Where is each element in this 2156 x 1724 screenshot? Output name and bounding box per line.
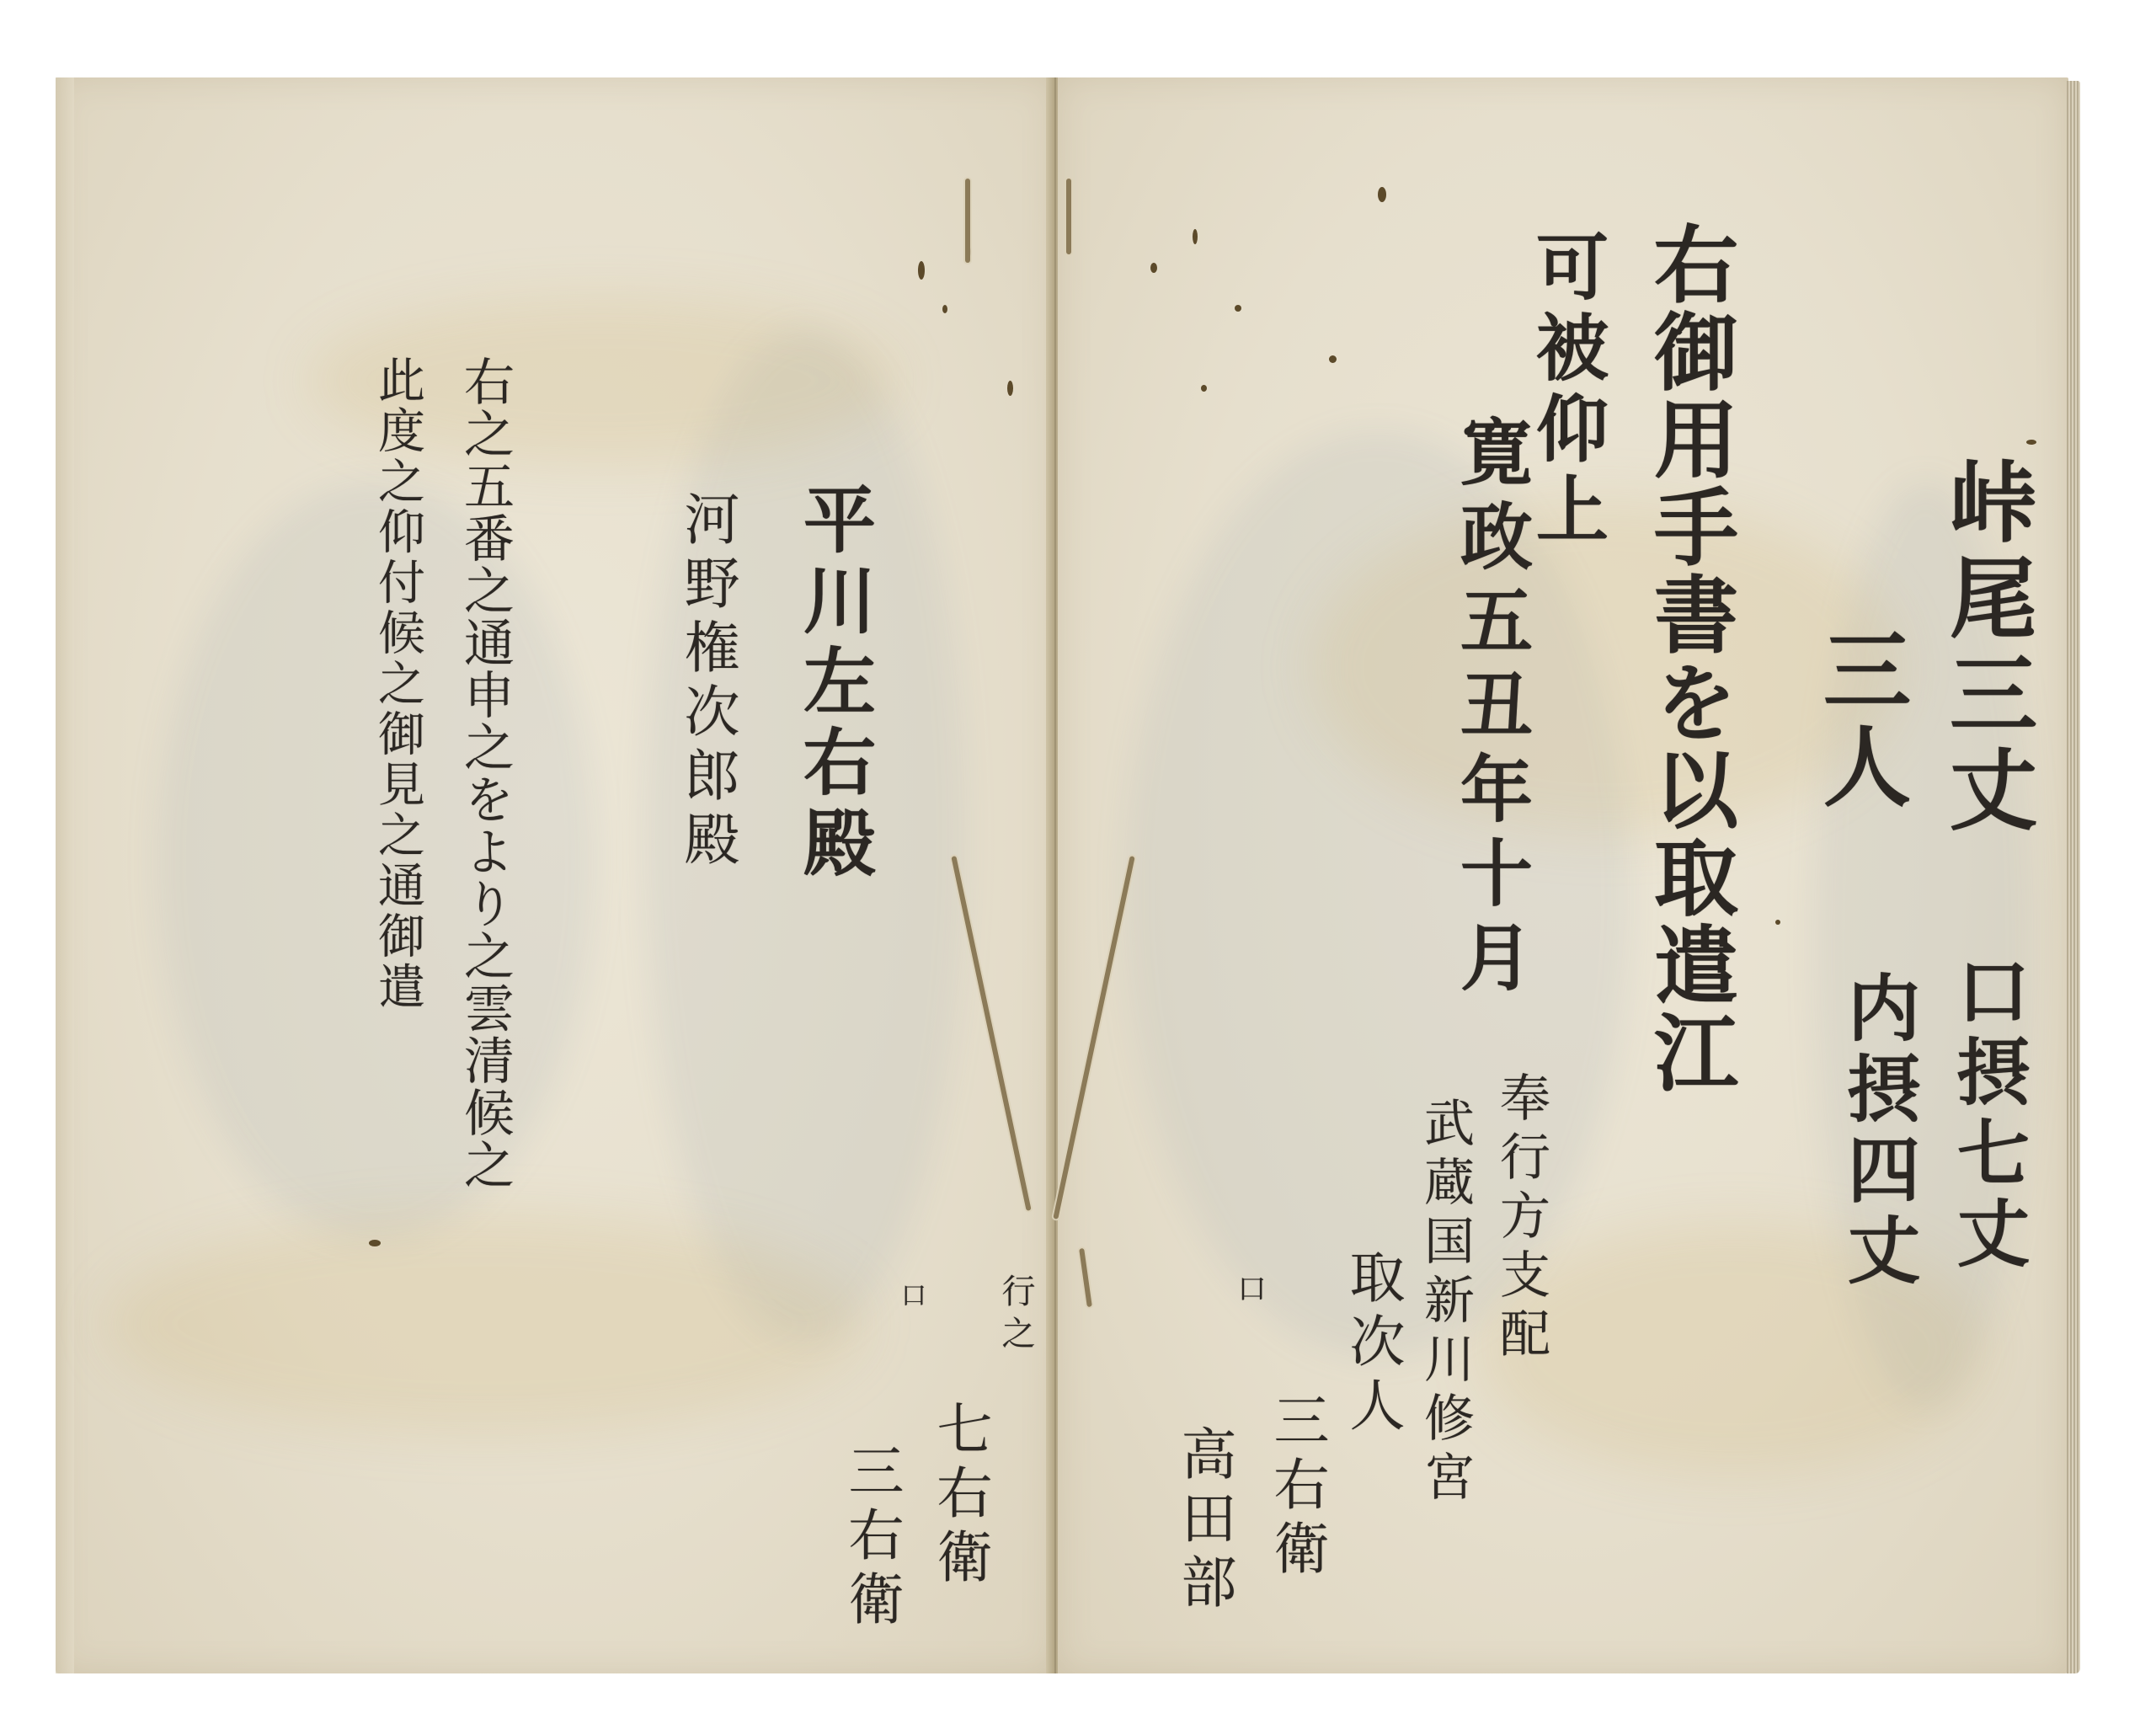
text-column: 此度之仰付候之御見之通御遣 <box>374 355 421 1012</box>
left-page: 平川左右殿 河野権次郎殿 右之五番之通申之をより之雲清候之 此度之仰付候之御見之… <box>56 77 1054 1673</box>
text-column: 高田部 <box>1176 1425 1231 1617</box>
text-column: 可被仰上 <box>1529 229 1602 552</box>
text-column: 右御用手書を以取遣江 <box>1647 221 1732 1097</box>
right-page: 峠尾三丈 口摂七丈 三人 内摂四丈 右御用手書を以取遣江 可被仰上 寛政五丑年十… <box>1058 77 2068 1673</box>
text-column: 取次人 <box>1344 1248 1400 1440</box>
text-column: 行之 <box>999 1273 1033 1358</box>
text-column: 三人 <box>1816 625 1903 817</box>
text-column: 口摂七丈 <box>1951 953 2023 1277</box>
text-column: 口 <box>898 1282 923 1316</box>
text-column: 三右衛 <box>843 1442 899 1634</box>
text-column: 河野権次郎殿 <box>679 490 734 874</box>
date-column: 寛政五丑年十月 <box>1454 414 1526 1004</box>
text-column: 内摂四丈 <box>1841 970 1913 1294</box>
text-column: 三右衛 <box>1268 1391 1324 1583</box>
text-column: 七右衛 <box>931 1400 987 1592</box>
text-column: 右之五番之通申之をより之雲清候之 <box>460 355 510 1191</box>
text-column: 奉行方支配 <box>1496 1071 1546 1366</box>
text-column: 口 <box>1235 1273 1263 1310</box>
open-manuscript-book: 平川左右殿 河野権次郎殿 右之五番之通申之をより之雲清候之 此度之仰付候之御見之… <box>56 77 2068 1673</box>
text-column: 平川左右殿 <box>797 482 869 886</box>
page-edge-stack <box>2067 81 2080 1673</box>
text-column: 武蔵国新川修宮 <box>1420 1097 1470 1509</box>
text-column: 峠尾三丈 <box>1942 456 2030 841</box>
